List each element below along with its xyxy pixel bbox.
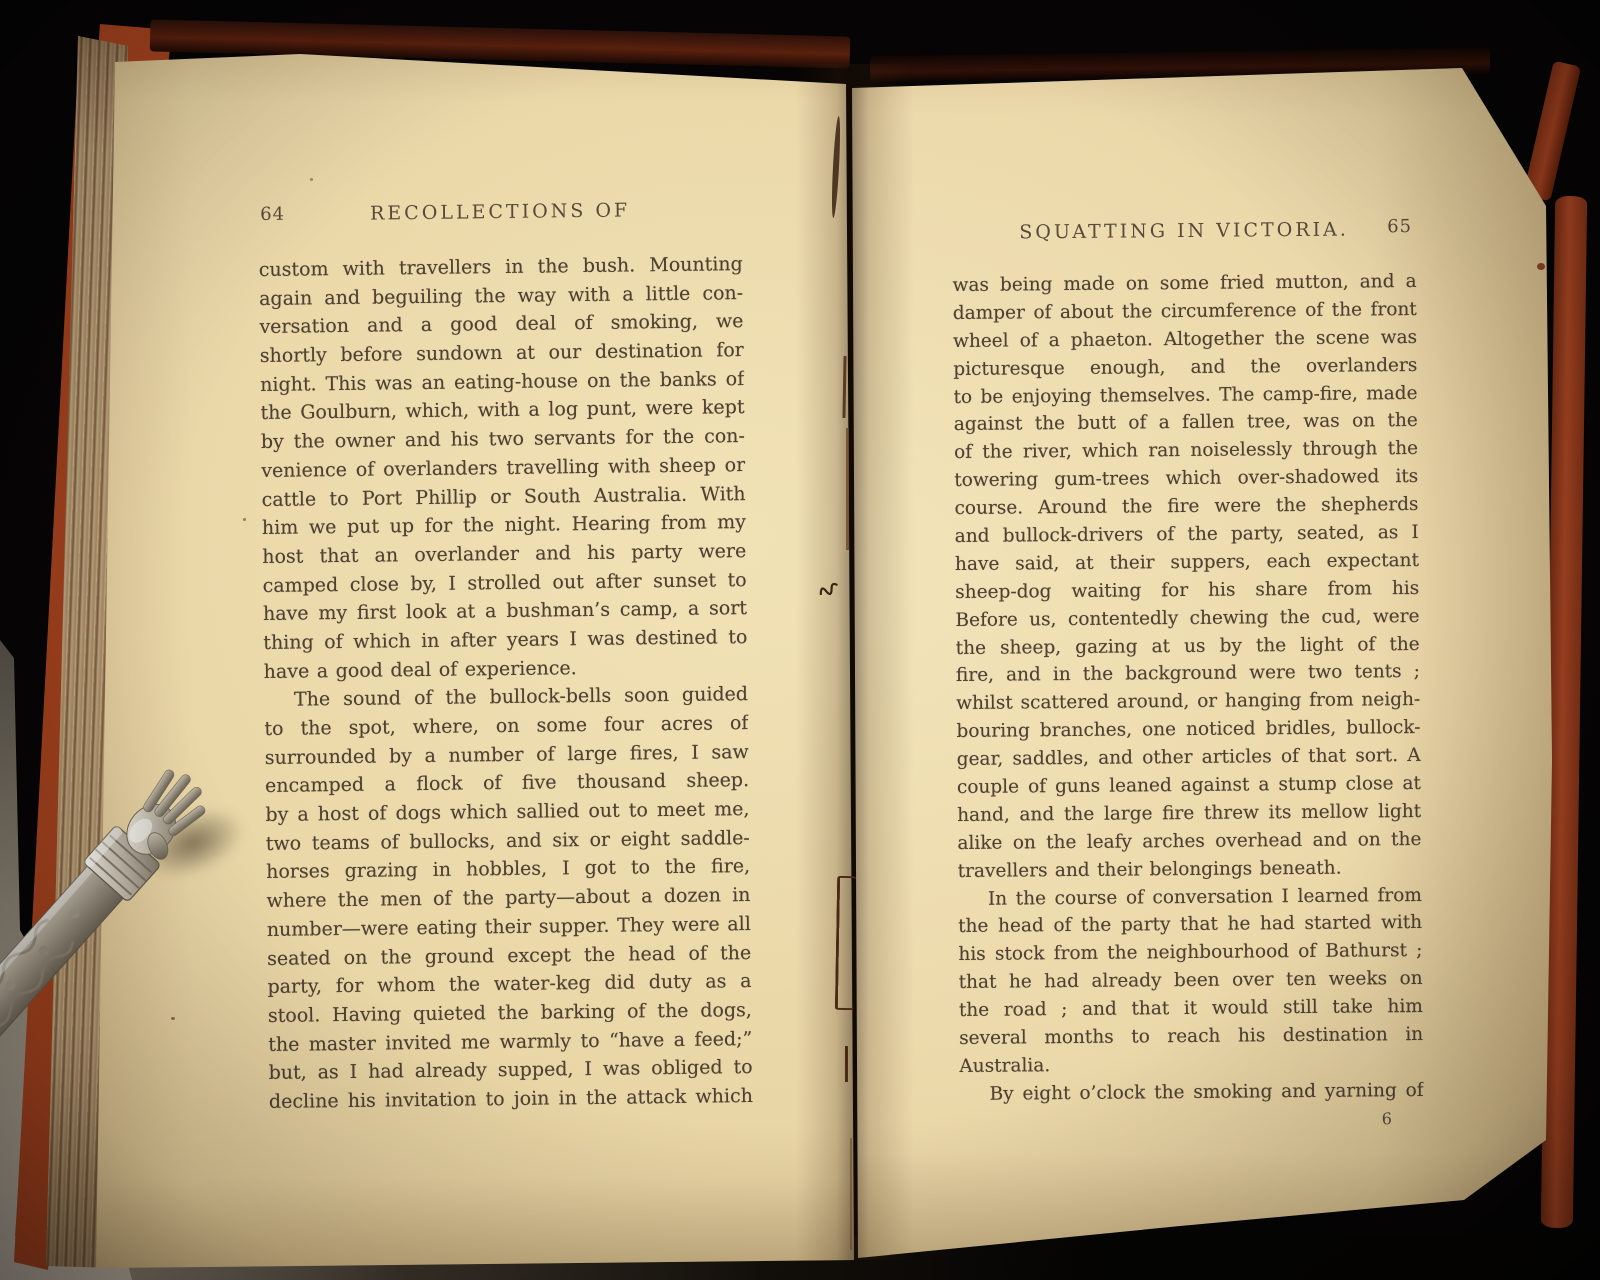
right-page-header: SQUATTING IN VICTORIA. 65 (952, 216, 1416, 272)
text-line: several months to reach his destination … (959, 1021, 1423, 1053)
text-line: gear, saddles, and other articles of tha… (957, 742, 1421, 774)
text-line: hand, and the large fire threw its mello… (957, 798, 1421, 830)
gutter-crease (846, 428, 849, 550)
text-line: that he had already been over ten weeks … (959, 965, 1423, 997)
text-line: of the river, which ran noiselessly thro… (954, 435, 1418, 467)
bookmark-group (0, 761, 219, 1076)
text-line: course. Around the fire were the shepher… (954, 491, 1418, 523)
text-line: alike on the leafy arches overhead and o… (957, 826, 1421, 858)
text-line: whilst scattered around, or hanging from… (956, 686, 1420, 718)
text-line: to be enjoying themselves. The camp-fire… (953, 380, 1417, 412)
text-line: Australia. (959, 1049, 1423, 1081)
page-speck (310, 178, 313, 181)
right-page-content: SQUATTING IN VICTORIA. 65 was being made… (952, 216, 1424, 1137)
text-line: couple of guns leaned against a stump cl… (957, 770, 1421, 802)
silver-hand-bookmark (0, 735, 306, 1085)
text-line: picturesque enough, and the overlanders … (953, 352, 1417, 384)
text-line: the sheep, gazing at us by the light of … (956, 631, 1420, 663)
text-line: In the course of conversation I learned … (958, 882, 1422, 914)
page-speck (243, 518, 246, 521)
gutter-crease (850, 1138, 852, 1250)
text-line: Before us, contentedly chewing the cud, … (955, 603, 1419, 635)
gutter-crease (835, 876, 856, 1010)
right-page-text: was being made on some fried mutton, and… (952, 268, 1423, 1109)
running-title: SQUATTING IN VICTORIA. (952, 218, 1416, 244)
page-stain (1537, 263, 1545, 270)
text-line: and bullock-drivers of the party, seated… (955, 519, 1419, 551)
text-line: against the butt of a fallen tree, was o… (954, 407, 1418, 439)
text-line: travellers and their belongings beneath. (958, 854, 1422, 886)
text-line: the head of the party that he had starte… (958, 909, 1422, 941)
text-line: By eight o’clock the smoking and yarning… (960, 1077, 1424, 1109)
text-line: wheel of a phaeton. Altogether the scene… (953, 324, 1417, 356)
left-page-content: 64 RECOLLECTIONS OF custom with travelle… (258, 198, 753, 1116)
text-line: thing of which in after years I was dest… (263, 623, 747, 658)
text-line: sheep-dog waiting for his share from his… (955, 575, 1419, 607)
text-line: damper of about the circumference of the… (953, 296, 1417, 328)
page-number: 65 (1387, 216, 1412, 237)
signature-mark: 6 (960, 1105, 1424, 1137)
text-line: have said, at their suppers, each expect… (955, 547, 1419, 579)
left-page-header: 64 RECOLLECTIONS OF (258, 198, 743, 256)
book-photo: 64 RECOLLECTIONS OF custom with travelle… (0, 0, 1600, 1280)
text-line: towering gum-trees which over-shadowed i… (954, 463, 1418, 495)
left-page-text: custom with travellers in the bush. Moun… (259, 250, 753, 1116)
text-line: his stock from the neighbourhood of Bath… (958, 937, 1422, 969)
gutter-crease (845, 1046, 848, 1082)
book-gutter (796, 64, 914, 1260)
text-line: was being made on some fried mutton, and… (952, 268, 1416, 300)
text-line: decline his invitation to join in the at… (269, 1082, 753, 1117)
running-title: RECOLLECTIONS OF (258, 198, 742, 226)
text-line: the road ; and that it would still take … (959, 993, 1423, 1025)
text-line: fire, and in the background were two ten… (956, 658, 1420, 690)
book-cover-corner (1523, 61, 1581, 202)
text-line: bouring branches, one noticed bridles, b… (956, 714, 1420, 746)
